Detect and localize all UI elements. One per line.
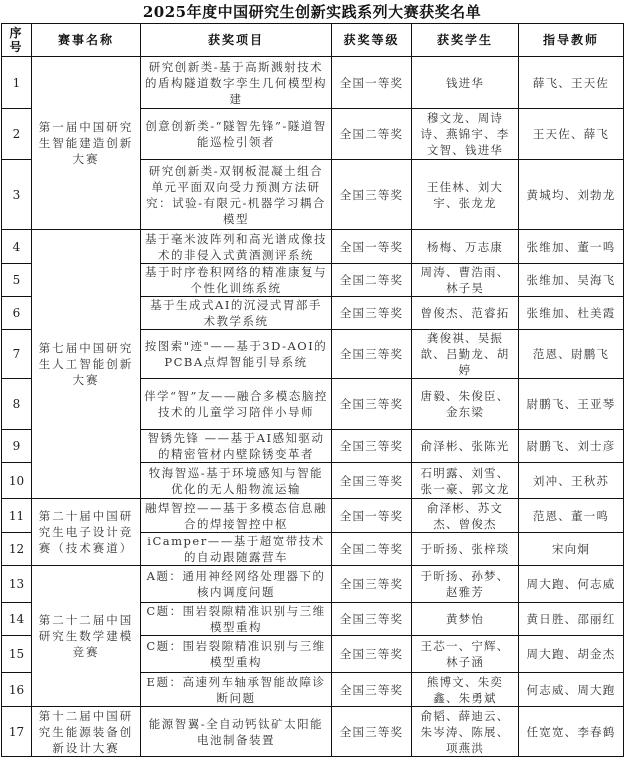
project: C题：围岩裂隙精准识别与三维模型重构 <box>141 636 332 673</box>
competition-name: 第二十届中国研究生电子设计竞赛（技术赛道） <box>32 499 141 566</box>
students: 石明露、刘雪、张一豪、郭文龙 <box>412 463 519 499</box>
row-no: 1 <box>2 57 32 109</box>
advisors: 张维加、吴海飞 <box>519 264 624 297</box>
advisors: 周大跑、何志威 <box>519 566 624 603</box>
row-no: 14 <box>2 603 32 636</box>
advisors: 尉鹏飞、刘士彦 <box>519 430 624 463</box>
row-no: 3 <box>2 160 32 230</box>
award-level: 全国三等奖 <box>332 297 412 330</box>
award-level: 全国三等奖 <box>332 603 412 636</box>
advisors: 任宽宽、李春鹤 <box>519 707 624 742</box>
students: 于昕扬、张梓琰 <box>412 533 519 566</box>
award-level: 全国二等奖 <box>332 533 412 566</box>
award-level: 全国二等奖 <box>332 109 412 160</box>
project: 创意创新类-“隧智先锋”-隧道智能巡检引领者 <box>141 109 332 160</box>
award-level: 全国三等奖 <box>332 673 412 707</box>
row-no: 16 <box>2 673 32 707</box>
award-level: 全国三等奖 <box>332 430 412 463</box>
project: 牧海智巡-基于环境感知与智能优化的无人船物流运输 <box>141 463 332 499</box>
students: 俞泽彬、苏文杰、曾俊杰 <box>412 499 519 533</box>
project: 研究创新类-双钢板混凝土组合单元平面双向受力预测方法研究：试验-有限元-机器学习… <box>141 160 332 230</box>
advisors: 范恩、董一鸣 <box>519 499 624 533</box>
row-no: 10 <box>2 463 32 499</box>
students: 杨梅、万志康 <box>412 230 519 264</box>
header-level: 获奖等级 <box>332 24 412 57</box>
competition-name: 第二十二届中国研究生数学建模竞赛 <box>32 566 141 707</box>
students: 龚俊祺、吴振歆、吕勤龙、胡婷 <box>412 330 519 379</box>
header-project: 获奖项目 <box>141 24 332 57</box>
students: 黄梦怡 <box>412 603 519 636</box>
award-level: 全国三等奖 <box>332 636 412 673</box>
advisors: 宋向炯 <box>519 533 624 566</box>
advisors: 张维加、董一鸣 <box>519 230 624 264</box>
award-level: 全国三等奖 <box>332 566 412 603</box>
project: A题：通用神经网络处理器下的核内调度问题 <box>141 566 332 603</box>
award-level: 全国三等奖 <box>332 463 412 499</box>
advisors: 尉鹏飞、王亚琴 <box>519 379 624 430</box>
project: iCamper——基于超宽带技术的自动跟随露营车 <box>141 533 332 566</box>
award-level: 全国三等奖 <box>332 160 412 230</box>
award-level: 全国一等奖 <box>332 57 412 109</box>
project: 伴学“智”友——融合多模态脑控技术的儿童学习陪伴小导师 <box>141 379 332 430</box>
header-advisors: 指导教师 <box>519 24 624 57</box>
project: 基于毫米波阵列和高光谱成像技术的非侵入式黄酒测评系统 <box>141 230 332 264</box>
row-no: 17 <box>2 707 32 742</box>
advisors: 王天佐、薛飞 <box>519 109 624 160</box>
table-row: 17 第十二届中国研究生能源装备创新设计大赛 能源智翼-全自动钙钛矿太阳能电池制… <box>2 707 624 742</box>
header-competition: 赛事名称 <box>32 24 141 57</box>
header-no: 序号 <box>2 24 32 57</box>
students: 钱进华 <box>412 57 519 109</box>
project: 基于时序卷积网络的精准康复与个性化训练系统 <box>141 264 332 297</box>
advisors: 范恩、尉鹏飞 <box>519 330 624 379</box>
project: 能源智翼-全自动钙钛矿太阳能电池制备装置 <box>141 707 332 742</box>
row-no: 7 <box>2 330 32 379</box>
advisors: 薛飞、王天佐 <box>519 57 624 109</box>
row-no: 15 <box>2 636 32 673</box>
project: 融焊智控——基于多模态信息融合的焊接智控中枢 <box>141 499 332 533</box>
students: 王佳林、刘大宇、张龙龙 <box>412 160 519 230</box>
project: 研究创新类-基于高斯溅射技术的盾构隧道数字孪生几何模型构建 <box>141 57 332 109</box>
row-no: 12 <box>2 533 32 566</box>
students: 于昕扬、孙梦、赵雅芳 <box>412 566 519 603</box>
table-row: 11 第二十届中国研究生电子设计竞赛（技术赛道） 融焊智控——基于多模态信息融合… <box>2 499 624 533</box>
award-level: 全国三等奖 <box>332 707 412 742</box>
row-no: 6 <box>2 297 32 330</box>
students: 俞韬、薛迪云、朱岑涛、陈展、项燕洪 <box>412 707 519 742</box>
students: 穆文龙、周诗诗、燕锦宇、李文智、钱进华 <box>412 109 519 160</box>
competition-name: 第十二届中国研究生能源装备创新设计大赛 <box>32 707 141 742</box>
advisors: 张维加、杜美霞 <box>519 297 624 330</box>
students: 唐毅、朱俊臣、金东梁 <box>412 379 519 430</box>
award-level: 全国三等奖 <box>332 379 412 430</box>
advisors: 何志威、周大跑 <box>519 673 624 707</box>
project: 基于生成式AI的沉浸式胃部手术教学系统 <box>141 297 332 330</box>
table-row: 13 第二十二届中国研究生数学建模竞赛 A题：通用神经网络处理器下的核内调度问题… <box>2 566 624 603</box>
students: 曾俊杰、范睿拓 <box>412 297 519 330</box>
project: C题：围岩裂隙精准识别与三维模型重构 <box>141 603 332 636</box>
row-no: 4 <box>2 230 32 264</box>
advisors: 周大跑、胡金杰 <box>519 636 624 673</box>
award-level: 全国二等奖 <box>332 264 412 297</box>
advisors: 刘冲、王秋苏 <box>519 463 624 499</box>
competition-name: 第七届中国研究生人工智能创新大赛 <box>32 230 141 499</box>
competition-name: 第一届中国研究生智能建造创新大赛 <box>32 57 141 230</box>
table-header-row: 序号 赛事名称 获奖项目 获奖等级 获奖学生 指导教师 <box>2 24 624 57</box>
advisors: 黄日胜、邵丽红 <box>519 603 624 636</box>
table-row: 1 第一届中国研究生智能建造创新大赛 研究创新类-基于高斯溅射技术的盾构隧道数字… <box>2 57 624 109</box>
page-title: 2025年度中国研究生创新实践系列大赛获奖名单 <box>0 0 624 22</box>
row-no: 11 <box>2 499 32 533</box>
advisors: 黄城均、刘勃龙 <box>519 160 624 230</box>
students: 周涛、曹浩雨、林子昊 <box>412 264 519 297</box>
project: 按图索"迹"——基于3D-AOI的PCBA点焊智能引导系统 <box>141 330 332 379</box>
row-no: 9 <box>2 430 32 463</box>
row-no: 13 <box>2 566 32 603</box>
row-no: 8 <box>2 379 32 430</box>
table-row: 4 第七届中国研究生人工智能创新大赛 基于毫米波阵列和高光谱成像技术的非侵入式黄… <box>2 230 624 264</box>
award-level: 全国一等奖 <box>332 230 412 264</box>
students: 王芯一、宁辉、林子涵 <box>412 636 519 673</box>
award-level: 全国一等奖 <box>332 499 412 533</box>
project: E题：高速列车轴承智能故障诊断问题 <box>141 673 332 707</box>
award-level: 全国三等奖 <box>332 330 412 379</box>
row-no: 5 <box>2 264 32 297</box>
students: 俞泽彬、张陈光 <box>412 430 519 463</box>
students: 熊博文、朱奕鑫、朱勇斌 <box>412 673 519 707</box>
project: 智锈先锋 ——基于AI感知驱动的精密管材内壁除锈变革者 <box>141 430 332 463</box>
row-no: 2 <box>2 109 32 160</box>
awards-table: 序号 赛事名称 获奖项目 获奖等级 获奖学生 指导教师 1 第一届中国研究生智能… <box>1 23 624 741</box>
header-students: 获奖学生 <box>412 24 519 57</box>
